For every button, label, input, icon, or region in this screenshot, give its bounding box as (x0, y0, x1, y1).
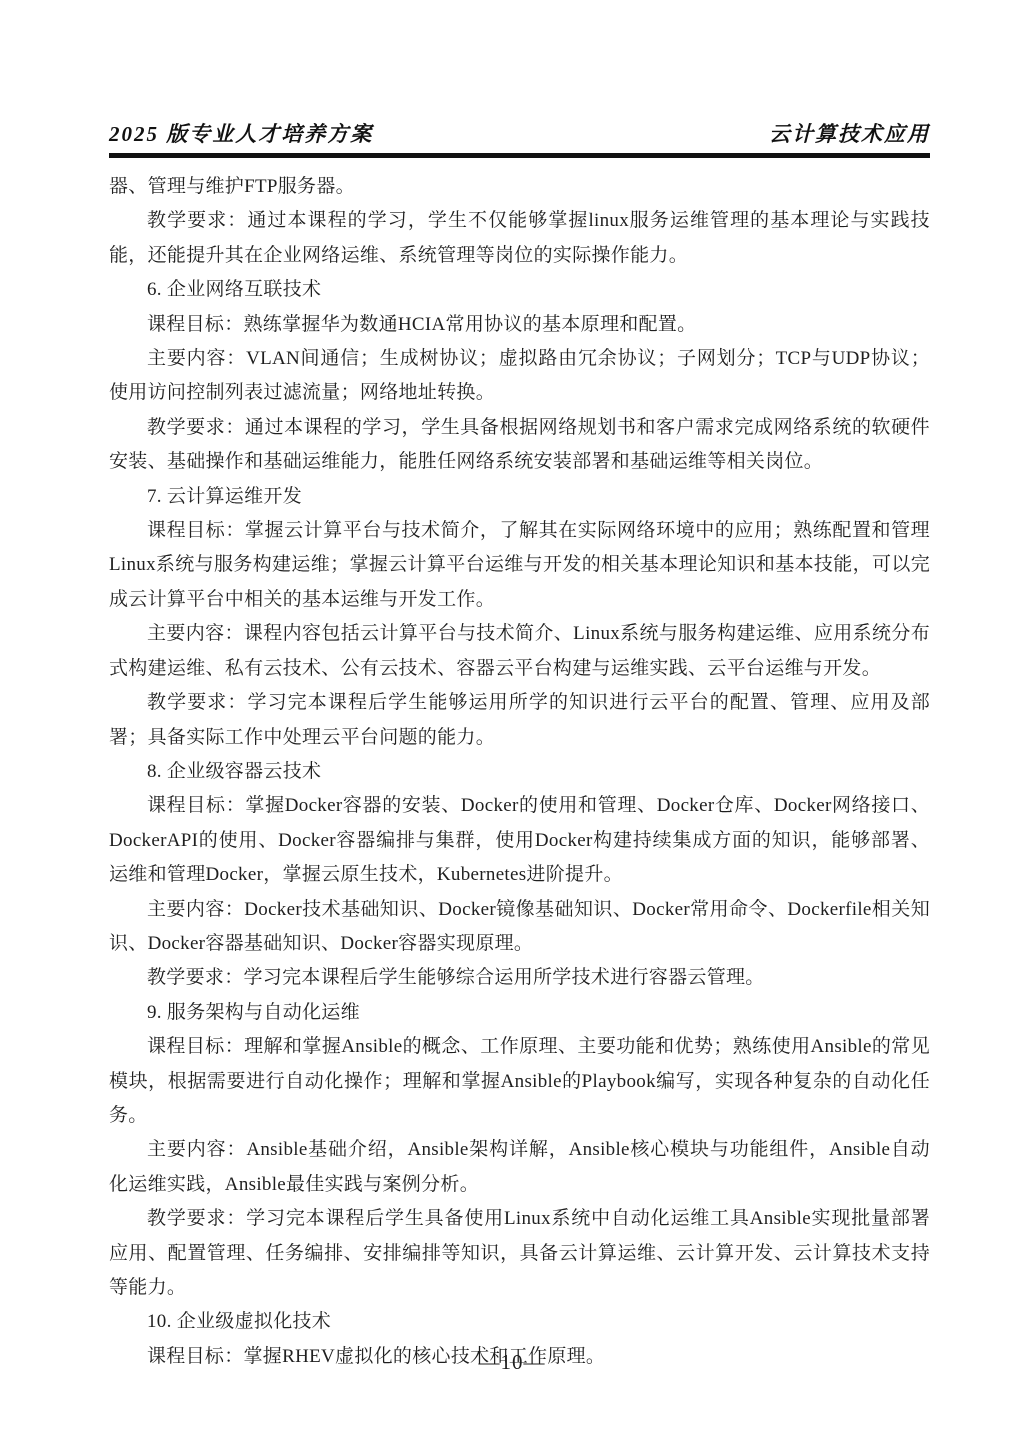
paragraph: 主要内容：课程内容包括云计算平台与技术简介、Linux系统与服务构建运维、应用系… (109, 617, 930, 686)
page-header: 2025 版专业人才培养方案 云计算技术应用 (109, 118, 930, 158)
page-header-row: 2025 版专业人才培养方案 云计算技术应用 (109, 118, 930, 153)
header-double-rule (109, 153, 930, 158)
section-heading-10: 10. 企业级虚拟化技术 (109, 1305, 930, 1339)
paragraph: 课程目标：掌握Docker容器的安装、Docker的使用和管理、Docker仓库… (109, 789, 930, 892)
header-title-right: 云计算技术应用 (769, 118, 930, 148)
paragraph: 教学要求：通过本课程的学习，学生具备根据网络规划书和客户需求完成网络系统的软硬件… (109, 411, 930, 480)
paragraph: 教学要求：学习完本课程后学生能够运用所学的知识进行云平台的配置、管理、应用及部署… (109, 686, 930, 755)
paragraph: 主要内容：Docker技术基础知识、Docker镜像基础知识、Docker常用命… (109, 893, 930, 962)
section-heading-8: 8. 企业级容器云技术 (109, 755, 930, 789)
document-body: 器、管理与维护FTP服务器。 教学要求：通过本课程的学习，学生不仅能够掌握lin… (109, 170, 930, 1374)
document-page: 2025 版专业人才培养方案 云计算技术应用 器、管理与维护FTP服务器。 教学… (0, 0, 1024, 1448)
paragraph: 课程目标：熟练掌握华为数通HCIA常用协议的基本原理和配置。 (109, 308, 930, 342)
paragraph: 教学要求：学习完本课程后学生能够综合运用所学技术进行容器云管理。 (109, 961, 930, 995)
page-footer: —10— (0, 1350, 1024, 1375)
paragraph: 教学要求：通过本课程的学习，学生不仅能够掌握linux服务运维管理的基本理论与实… (109, 204, 930, 273)
section-heading-6: 6. 企业网络互联技术 (109, 273, 930, 307)
paragraph: 主要内容：VLAN间通信；生成树协议；虚拟路由冗余协议；子网划分；TCP与UDP… (109, 342, 930, 411)
page-number: —10— (479, 1350, 546, 1374)
paragraph: 教学要求：学习完本课程后学生具备使用Linux系统中自动化运维工具Ansible… (109, 1202, 930, 1305)
section-heading-7: 7. 云计算运维开发 (109, 480, 930, 514)
paragraph-continuation: 器、管理与维护FTP服务器。 (109, 170, 930, 204)
paragraph: 课程目标：掌握云计算平台与技术简介，了解其在实际网络环境中的应用；熟练配置和管理… (109, 514, 930, 617)
header-title-left: 2025 版专业人才培养方案 (109, 118, 373, 148)
section-heading-9: 9. 服务架构与自动化运维 (109, 996, 930, 1030)
paragraph: 主要内容：Ansible基础介绍，Ansible架构详解，Ansible核心模块… (109, 1133, 930, 1202)
paragraph: 课程目标：理解和掌握Ansible的概念、工作原理、主要功能和优势；熟练使用An… (109, 1030, 930, 1133)
